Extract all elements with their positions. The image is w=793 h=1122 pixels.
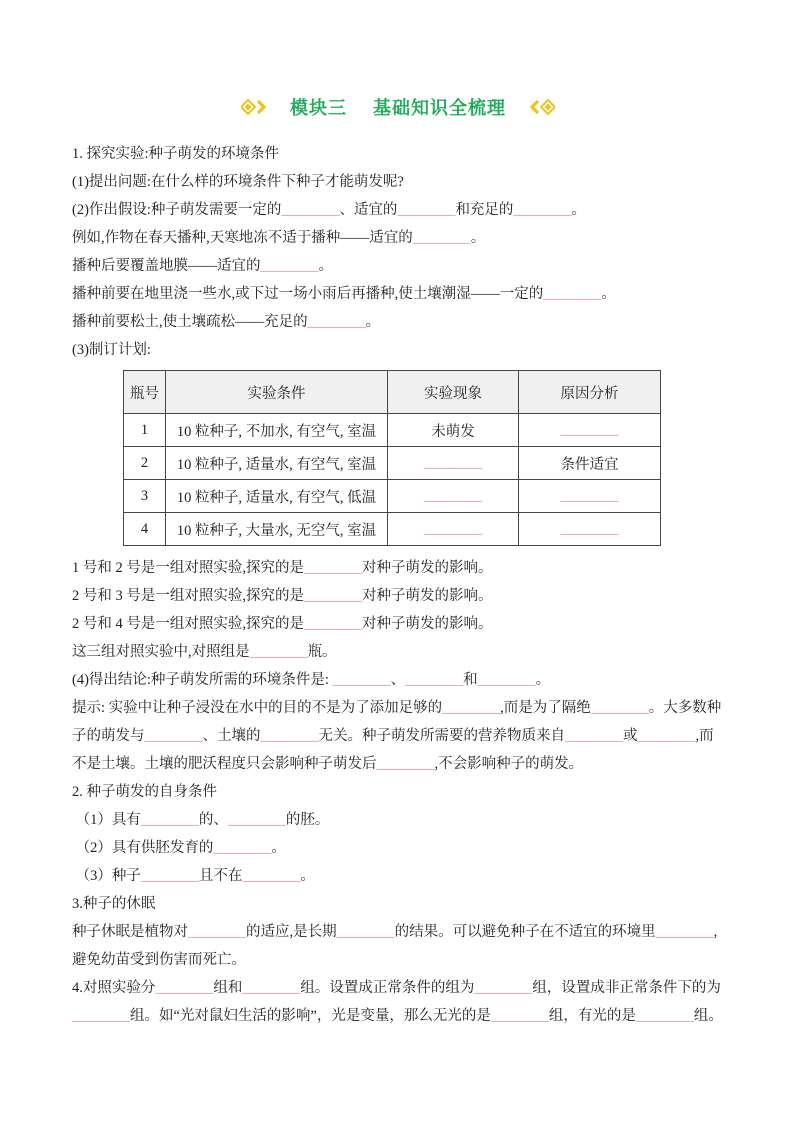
fill-in-blank: ________ <box>242 980 300 996</box>
text-run: 无关。种子萌发所需要的营养物质来自 <box>319 728 566 744</box>
table-header-cell: 实验条件 <box>166 371 388 414</box>
text-run: 2 <box>141 455 148 471</box>
text-run: （2）具有供胚发育的 <box>72 840 213 856</box>
experiment-plan-table: 瓶号实验条件实验现象原因分析 110 粒种子, 不加水, 有空气, 室温未萌发_… <box>123 370 661 546</box>
table-cell: 10 粒种子, 适量水, 有空气, 低温 <box>166 480 388 513</box>
text-paragraph: 4.对照实验分________组和________组。设置成正常条件的组为___… <box>72 974 724 1030</box>
text-run: 2. 种子萌发的自身条件 <box>72 784 217 800</box>
table-header-row: 瓶号实验条件实验现象原因分析 <box>124 371 661 414</box>
text-line: （2）具有供胚发育的________。 <box>72 834 724 862</box>
text-line: 播种前要松土,使土壤疏松——充足的________。 <box>72 308 724 336</box>
fill-in-blank: ________ <box>377 756 435 772</box>
fill-in-blank: ________ <box>188 924 246 940</box>
fill-in-blank: ________ <box>72 1008 130 1024</box>
text-run: 、 <box>391 672 406 688</box>
text-run: 3 <box>141 488 148 504</box>
fill-in-blank: ________ <box>308 314 366 330</box>
text-run: 的胚。 <box>286 812 330 828</box>
text-run: 对种子萌发的影响。 <box>362 588 493 604</box>
text-run: 1. 探究实验:种子萌发的环境条件 <box>72 146 279 162</box>
text-run: 10 粒种子, 大量水, 无空气, 室温 <box>177 523 376 539</box>
text-run: 。 <box>536 672 551 688</box>
fill-in-blank: ________ <box>565 728 623 744</box>
text-run: 组。如“光对鼠妇生活的影响”，光是变量，那么无光的是 <box>130 1008 491 1024</box>
text-run: 播种前要在地里浇一些水,或下过一场小雨后再播种,使土壤潮湿——一定的 <box>72 286 543 302</box>
text-run: (1)提出问题:在什么样的环境条件下种子才能萌发呢? <box>72 174 404 190</box>
fill-in-blank: ________ <box>155 980 213 996</box>
text-line: 播种前要在地里浇一些水,或下过一场小雨后再播种,使土壤潮湿——一定的______… <box>72 280 724 308</box>
fill-in-blank: ________ <box>405 672 463 688</box>
text-line: （1）具有________的、________的胚。 <box>72 806 724 834</box>
page-title-part2: 基础知识全梳理 <box>373 98 506 118</box>
fill-in-blank: ________ <box>543 286 601 302</box>
text-run: 。 <box>471 230 486 246</box>
table-cell: ________ <box>519 480 661 513</box>
text-run: 提示: 实验中让种子浸没在水中的目的不是为了添加足够的 <box>72 700 442 716</box>
text-run: 。 <box>319 258 334 274</box>
table-cell: ________ <box>519 513 661 546</box>
text-run: 、适宜的 <box>339 202 397 218</box>
fill-in-blank: ________ <box>474 980 532 996</box>
table-row: 110 粒种子, 不加水, 有空气, 室温未萌发________ <box>124 414 661 447</box>
text-run: ,而是为了隔绝 <box>500 700 591 716</box>
table-cell: 条件适宜 <box>519 447 661 480</box>
text-run: 。 <box>571 202 586 218</box>
fill-in-blank: ________ <box>141 868 199 884</box>
text-run: 2 号和 3 号是一组对照实验,探究的是 <box>72 588 304 604</box>
text-run: 且不在 <box>199 868 243 884</box>
text-run: 组和 <box>213 980 242 996</box>
text-run: 这三组对照实验中,对照组是 <box>72 644 250 660</box>
text-run: 1 <box>141 422 148 438</box>
text-run: 。 <box>271 840 286 856</box>
text-run: 4 <box>141 521 148 537</box>
text-line: 播种后要覆盖地膜——适宜的________。 <box>72 252 724 280</box>
text-line: （3）种子________且不在________。 <box>72 862 724 890</box>
table-header-cell: 实验现象 <box>388 371 519 414</box>
fill-in-blank: ________ <box>424 521 482 537</box>
text-run: 对种子萌发的影响。 <box>362 616 493 632</box>
text-run: （1）具有 <box>72 812 141 828</box>
text-run: 3.种子的休眠 <box>72 896 155 912</box>
text-run: 瓶。 <box>308 644 337 660</box>
table-cell: ________ <box>519 414 661 447</box>
text-run: 、土壤的 <box>203 728 261 744</box>
fill-in-blank: ________ <box>337 924 395 940</box>
text-run: 或 <box>623 728 638 744</box>
fill-in-blank: ________ <box>141 812 199 828</box>
fill-in-blank: ________ <box>413 230 471 246</box>
fill-in-blank: ________ <box>656 924 714 940</box>
text-run: 例如,作物在春天播种,天寒地冻不适于播种——适宜的 <box>72 230 413 246</box>
fill-in-blank: ________ <box>638 728 696 744</box>
fill-in-blank: ________ <box>145 728 203 744</box>
text-line: (4)得出结论:种子萌发所需的环境条件是: ________、________和… <box>72 666 724 694</box>
fill-in-blank: ________ <box>261 728 319 744</box>
page-title-part1: 模块三 <box>290 98 347 118</box>
fill-in-blank: ________ <box>424 488 482 504</box>
text-run: 。 <box>601 286 616 302</box>
text-run: 组，设置成非正常条件下的为 <box>532 980 721 996</box>
text-run: 和充足的 <box>455 202 513 218</box>
text-line: (3)制订计划: <box>72 336 724 364</box>
text-run: 组。 <box>694 1008 723 1024</box>
fill-in-blank: ________ <box>561 422 619 438</box>
page-title-row: 模块三基础知识全梳理 <box>72 94 724 120</box>
text-line: 2. 种子萌发的自身条件 <box>72 778 724 806</box>
table-cell: 3 <box>124 480 166 513</box>
table-cell: 4 <box>124 513 166 546</box>
text-run: 的结果。可以避免种子在不适宜的环境里 <box>395 924 656 940</box>
text-run: (4)得出结论:种子萌发所需的环境条件是: <box>72 672 333 688</box>
table-row: 310 粒种子, 适量水, 有空气, 低温________________ <box>124 480 661 513</box>
fill-in-blank: ________ <box>242 868 300 884</box>
text-run: ,不会影响种子的萌发。 <box>435 756 584 772</box>
worksheet-page: 模块三基础知识全梳理 1. 探究实验:种子萌发的环境条件(1)提出问题:在什么样… <box>0 0 793 1122</box>
fill-in-blank: ________ <box>304 560 362 576</box>
text-run: 对种子萌发的影响。 <box>362 560 493 576</box>
fill-in-blank: ________ <box>561 521 619 537</box>
fill-in-blank: ________ <box>424 455 482 471</box>
text-paragraph: 提示: 实验中让种子浸没在水中的目的不是为了添加足够的________,而是为了… <box>72 694 724 778</box>
fill-in-blank: ________ <box>304 588 362 604</box>
text-run: 种子休眠是植物对 <box>72 924 188 940</box>
fill-in-blank: ________ <box>333 672 391 688</box>
table-header: 瓶号实验条件实验现象原因分析 <box>124 371 661 414</box>
table-row: 410 粒种子, 大量水, 无空气, 室温________________ <box>124 513 661 546</box>
chevron-left-diamond-icon <box>528 98 555 116</box>
text-line: 2 号和 3 号是一组对照实验,探究的是________对种子萌发的影响。 <box>72 582 724 610</box>
text-run: 组。设置成正常条件的组为 <box>300 980 474 996</box>
table-header-cell: 瓶号 <box>124 371 166 414</box>
fill-in-blank: ________ <box>442 700 500 716</box>
table-cell: 1 <box>124 414 166 447</box>
text-run: 播种前要松土,使土壤疏松——充足的 <box>72 314 308 330</box>
text-run: 未萌发 <box>431 424 475 440</box>
table-cell: 10 粒种子, 适量水, 有空气, 室温 <box>166 447 388 480</box>
table-cell: 未萌发 <box>388 414 519 447</box>
text-line: (2)作出假设:种子萌发需要一定的________、适宜的________和充足… <box>72 196 724 224</box>
text-run: 的适应,是长期 <box>246 924 337 940</box>
section-after-table: 1 号和 2 号是一组对照实验,探究的是________对种子萌发的影响。2 号… <box>72 554 724 1030</box>
fill-in-blank: ________ <box>261 258 319 274</box>
page-title: 模块三基础知识全梳理 <box>290 94 506 120</box>
text-run: (3)制订计划: <box>72 342 151 358</box>
table-cell: 2 <box>124 447 166 480</box>
table-cell: ________ <box>388 447 519 480</box>
text-paragraph: 种子休眠是植物对________的适应,是长期________的结果。可以避免种… <box>72 918 724 974</box>
table-header-cell: 原因分析 <box>519 371 661 414</box>
table-body: 110 粒种子, 不加水, 有空气, 室温未萌发________210 粒种子,… <box>124 414 661 546</box>
fill-in-blank: ________ <box>304 616 362 632</box>
fill-in-blank: ________ <box>281 202 339 218</box>
table-cell: 10 粒种子, 不加水, 有空气, 室温 <box>166 414 388 447</box>
table-cell: ________ <box>388 513 519 546</box>
fill-in-blank: ________ <box>636 1008 694 1024</box>
table-row: 210 粒种子, 适量水, 有空气, 室温________条件适宜 <box>124 447 661 480</box>
text-run: （3）种子 <box>72 868 141 884</box>
text-run: 4.对照实验分 <box>72 980 155 996</box>
text-run: 10 粒种子, 适量水, 有空气, 低温 <box>177 490 376 506</box>
fill-in-blank: ________ <box>591 700 649 716</box>
fill-in-blank: ________ <box>513 202 571 218</box>
fill-in-blank: ________ <box>213 840 271 856</box>
table-cell: 10 粒种子, 大量水, 无空气, 室温 <box>166 513 388 546</box>
text-line: (1)提出问题:在什么样的环境条件下种子才能萌发呢? <box>72 168 724 196</box>
text-run: 10 粒种子, 适量水, 有空气, 室温 <box>177 457 376 473</box>
text-run: 播种后要覆盖地膜——适宜的 <box>72 258 261 274</box>
fill-in-blank: ________ <box>478 672 536 688</box>
fill-in-blank: ________ <box>228 812 286 828</box>
fill-in-blank: ________ <box>561 488 619 504</box>
text-line: 1. 探究实验:种子萌发的环境条件 <box>72 140 724 168</box>
text-run: 组，有光的是 <box>549 1008 636 1024</box>
fill-in-blank: ________ <box>491 1008 549 1024</box>
text-run: 和 <box>463 672 478 688</box>
text-run: 。 <box>366 314 381 330</box>
text-run: 的、 <box>199 812 228 828</box>
text-run: 10 粒种子, 不加水, 有空气, 室温 <box>177 424 376 440</box>
section-before-table: 1. 探究实验:种子萌发的环境条件(1)提出问题:在什么样的环境条件下种子才能萌… <box>72 140 724 364</box>
text-line: 1 号和 2 号是一组对照实验,探究的是________对种子萌发的影响。 <box>72 554 724 582</box>
text-line: 2 号和 4 号是一组对照实验,探究的是________对种子萌发的影响。 <box>72 610 724 638</box>
fill-in-blank: ________ <box>397 202 455 218</box>
text-line: 例如,作物在春天播种,天寒地冻不适于播种——适宜的________。 <box>72 224 724 252</box>
text-run: 。 <box>300 868 315 884</box>
text-line: 3.种子的休眠 <box>72 890 724 918</box>
text-run: 2 号和 4 号是一组对照实验,探究的是 <box>72 616 304 632</box>
table-cell: ________ <box>388 480 519 513</box>
text-line: 这三组对照实验中,对照组是________瓶。 <box>72 638 724 666</box>
text-run: 1 号和 2 号是一组对照实验,探究的是 <box>72 560 304 576</box>
diamond-chevron-right-icon <box>241 98 268 116</box>
text-run: 条件适宜 <box>561 457 619 473</box>
fill-in-blank: ________ <box>250 644 308 660</box>
text-run: (2)作出假设:种子萌发需要一定的 <box>72 202 281 218</box>
